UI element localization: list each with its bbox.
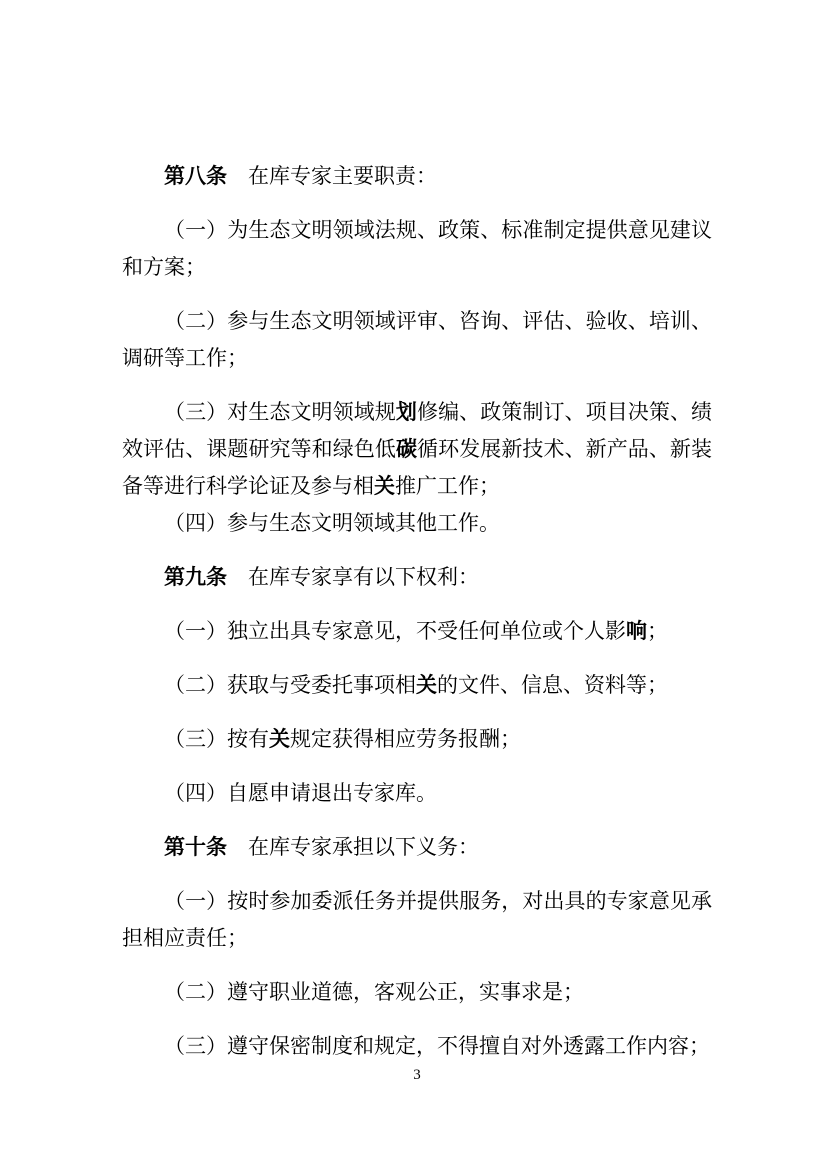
body-paragraph: （四）参与生态文明领域其他工作。: [122, 505, 712, 542]
text-run: （三）遵守保密制度和规定，不得擅自对外透露工作内容；: [164, 1034, 710, 1058]
text-run: （二）获取与受委托事项相: [164, 673, 416, 697]
text-run: （四）参与生态文明领域其他工作。: [164, 511, 500, 535]
body-paragraph: （一）为生态文明领域法规、政策、标准制定提供意见建议和方案；: [122, 212, 712, 286]
body-paragraph: （二）遵守职业道德，客观公正，实事求是；: [122, 974, 712, 1011]
article-heading: 第九条 在库专家享有以下权利：: [122, 559, 712, 596]
text-run: （一）独立出具专家意见，不受任何单位或个人影: [164, 619, 626, 643]
body-paragraph: （三）按有关规定获得相应劳务报酬；: [122, 721, 712, 758]
bold-text-run: 关: [374, 474, 395, 498]
bold-text-run: 第八条: [164, 164, 227, 188]
text-run: 推广工作；: [395, 474, 500, 498]
text-run: （一）按时参加委派任务并提供服务，对出具的专家意见承担相应责任；: [122, 889, 712, 950]
text-run: （二）遵守职业道德，客观公正，实事求是；: [164, 980, 584, 1004]
article-heading: 第八条 在库专家主要职责：: [122, 158, 712, 195]
bold-text-run: 关: [269, 727, 290, 751]
body-paragraph: （四）自愿申请退出专家库。: [122, 775, 712, 812]
body-paragraph: （一）按时参加委派任务并提供服务，对出具的专家意见承担相应责任；: [122, 883, 712, 957]
body-paragraph: （三）遵守保密制度和规定，不得擅自对外透露工作内容；: [122, 1028, 712, 1065]
body-paragraph: （一）独立出具专家意见，不受任何单位或个人影响；: [122, 613, 712, 650]
text-run: （四）自愿申请退出专家库。: [164, 781, 437, 805]
text-run: 的文件、信息、资料等；: [437, 673, 668, 697]
body-paragraph: （三）对生态文明领域规划修编、政策制订、项目决策、绩效评估、课题研究等和绿色低碳…: [122, 394, 712, 505]
bold-text-run: 碳: [396, 437, 417, 461]
bold-text-run: 关: [416, 673, 437, 697]
text-run: （二）参与生态文明领域评审、咨询、评估、验收、培训、调研等工作；: [122, 309, 712, 370]
text-run: （一）为生态文明领域法规、政策、标准制定提供意见建议和方案；: [122, 218, 712, 279]
text-run: 在库专家主要职责：: [227, 164, 437, 188]
body-paragraph: （二）获取与受委托事项相关的文件、信息、资料等；: [122, 667, 712, 704]
bold-text-run: 响: [626, 619, 647, 643]
text-run: 在库专家享有以下权利：: [227, 565, 479, 589]
document-body: 第八条 在库专家主要职责：（一）为生态文明领域法规、政策、标准制定提供意见建议和…: [122, 158, 712, 1065]
text-run: （三）按有: [164, 727, 269, 751]
text-run: 在库专家承担以下义务：: [227, 835, 479, 859]
bold-text-run: 第十条: [164, 835, 227, 859]
bold-text-run: 第九条: [164, 565, 227, 589]
text-run: （三）对生态文明领域规: [164, 400, 396, 424]
body-paragraph: （二）参与生态文明领域评审、咨询、评估、验收、培训、调研等工作；: [122, 303, 712, 377]
page-number: 3: [122, 1064, 712, 1086]
text-run: ；: [647, 619, 668, 643]
bold-text-run: 划: [396, 400, 417, 424]
text-run: 规定获得相应劳务报酬；: [290, 727, 521, 751]
article-heading: 第十条 在库专家承担以下义务：: [122, 829, 712, 866]
document-page: 第八条 在库专家主要职责：（一）为生态文明领域法规、政策、标准制定提供意见建议和…: [0, 0, 827, 1169]
